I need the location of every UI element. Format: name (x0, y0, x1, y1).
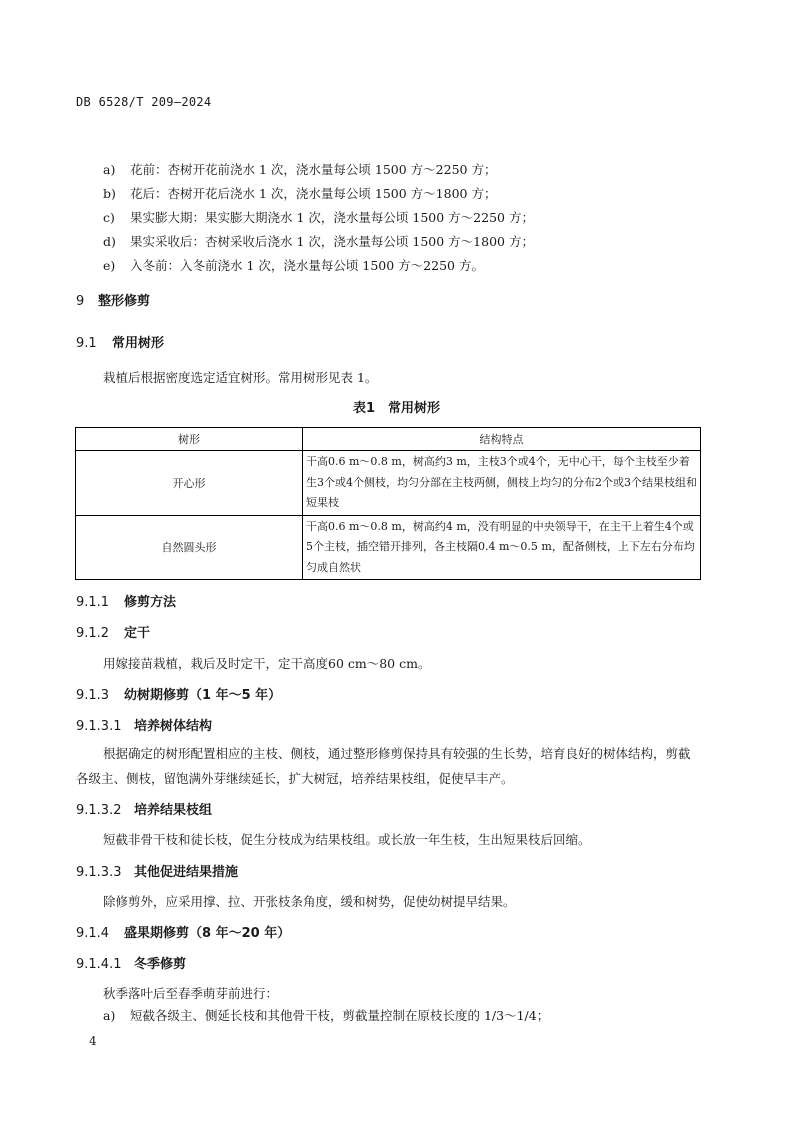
section-number: 9.1.2 (76, 626, 124, 641)
paragraph: 用嫁接苗栽植，栽后及时定干，定干高度60 cm～80 cm。 (103, 654, 430, 672)
list-item: b)花后：杏树开花后浇水 1 次，浇水量每公顷 1500 方～1800 方； (103, 184, 496, 202)
section-number: 9.1 (76, 336, 112, 351)
list-text: 花前：杏树开花前浇水 1 次，浇水量每公顷 1500 方～2250 方； (130, 162, 496, 177)
section-title: 培养树体结构 (134, 719, 212, 734)
list-marker: c) (103, 210, 130, 225)
list-text: 果实膨大期：果实膨大期浇水 1 次，浇水量每公顷 1500 方～2250 方； (130, 210, 534, 225)
section-heading-9-1-3-2: 9.1.3.2培养结果枝组 (76, 799, 212, 818)
list-marker: a) (103, 162, 130, 177)
list-item: d)果实采收后：杏树采收后浇水 1 次，浇水量每公顷 1500 方～1800 方… (103, 232, 534, 250)
list-marker: e) (103, 258, 130, 273)
paragraph: 短截非骨干枝和徒长枝，促生分枝成为结果枝组。或长放一年生枝，生出短果枝后回缩。 (103, 830, 591, 848)
section-heading-9: 9整形修剪 (76, 290, 150, 309)
section-title: 其他促进结果措施 (134, 865, 238, 880)
section-heading-9-1-1: 9.1.1修剪方法 (76, 591, 176, 610)
section-number: 9.1.3.3 (76, 865, 134, 880)
table-caption: 表1 常用树形 (0, 397, 793, 416)
section-heading-9-1-3: 9.1.3幼树期修剪（1 年～5 年） (76, 684, 281, 703)
paragraph: 根据确定的树形配置相应的主枝、侧枝，通过整形修剪保持具有较强的生长势，培育良好的… (76, 741, 700, 791)
list-item: e)入冬前：入冬前浇水 1 次，浇水量每公顷 1500 方～2250 方。 (103, 256, 484, 274)
section-heading-9-1-3-3: 9.1.3.3其他促进结果措施 (76, 861, 238, 880)
section-title: 定干 (124, 626, 150, 641)
section-number: 9.1.3.1 (76, 719, 134, 734)
section-number: 9.1.4.1 (76, 957, 134, 972)
structure-desc-cell: 干高0.6 m～0.8 m，树高约4 m，没有明显的中央领导干，在主干上着生4个… (303, 515, 701, 580)
tree-shape-cell: 自然圆头形 (76, 515, 303, 580)
page-number: 4 (89, 1034, 97, 1048)
list-item: a)短截各级主、侧延长枝和其他骨干枝，剪截量控制在原枝长度的 1/3～1/4； (103, 1006, 549, 1024)
section-number: 9.1.1 (76, 595, 124, 610)
structure-desc-cell: 干高0.6 m～0.8 m，树高约3 m，主枝3个或4个，无中心干，每个主枝至少… (303, 451, 701, 516)
section-title: 整形修剪 (98, 294, 150, 309)
list-item: a)花前：杏树开花前浇水 1 次，浇水量每公顷 1500 方～2250 方； (103, 160, 496, 178)
document-code-header: DB 6528/T 209—2024 (76, 95, 211, 109)
section-title: 培养结果枝组 (134, 803, 212, 818)
section-heading-9-1-4-1: 9.1.4.1冬季修剪 (76, 953, 186, 972)
tree-shape-cell: 开心形 (76, 451, 303, 516)
section-heading-9-1-4: 9.1.4盛果期修剪（8 年～20 年） (76, 922, 290, 941)
section-heading-9-1: 9.1常用树形 (76, 332, 164, 351)
section-title: 盛果期修剪（8 年～20 年） (124, 926, 290, 941)
section-number: 9.1.3.2 (76, 803, 134, 818)
list-text: 果实采收后：杏树采收后浇水 1 次，浇水量每公顷 1500 方～1800 方； (130, 234, 534, 249)
paragraph: 栽植后根据密度选定适宜树形。常用树形见表 1。 (103, 368, 377, 386)
section-title: 冬季修剪 (134, 957, 186, 972)
section-number: 9.1.4 (76, 926, 124, 941)
section-heading-9-1-3-1: 9.1.3.1培养树体结构 (76, 715, 212, 734)
section-title: 常用树形 (112, 336, 164, 351)
list-item: c)果实膨大期：果实膨大期浇水 1 次，浇水量每公顷 1500 方～2250 方… (103, 208, 534, 226)
section-number: 9.1.3 (76, 688, 124, 703)
table-header-row: 树形 结构特点 (76, 428, 701, 451)
table-row: 开心形 干高0.6 m～0.8 m，树高约3 m，主枝3个或4个，无中心干，每个… (76, 451, 701, 516)
list-text: 短截各级主、侧延长枝和其他骨干枝，剪截量控制在原枝长度的 1/3～1/4； (130, 1008, 549, 1023)
paragraph: 秋季落叶后至春季萌芽前进行： (103, 984, 278, 1002)
section-heading-9-1-2: 9.1.2定干 (76, 622, 150, 641)
table-row: 自然圆头形 干高0.6 m～0.8 m，树高约4 m，没有明显的中央领导干，在主… (76, 515, 701, 580)
tree-shape-table: 树形 结构特点 开心形 干高0.6 m～0.8 m，树高约3 m，主枝3个或4个… (75, 427, 701, 580)
column-header: 结构特点 (303, 428, 701, 451)
section-title: 幼树期修剪（1 年～5 年） (124, 688, 281, 703)
list-text: 入冬前：入冬前浇水 1 次，浇水量每公顷 1500 方～2250 方。 (130, 258, 484, 273)
list-text: 花后：杏树开花后浇水 1 次，浇水量每公顷 1500 方～1800 方； (130, 186, 496, 201)
list-marker: d) (103, 234, 130, 249)
paragraph: 除修剪外，应采用撑、拉、开张枝条角度，缓和树势，促使幼树提早结果。 (103, 892, 516, 910)
section-number: 9 (76, 294, 98, 309)
column-header: 树形 (76, 428, 303, 451)
section-title: 修剪方法 (124, 595, 176, 610)
list-marker: b) (103, 186, 130, 201)
list-marker: a) (103, 1008, 130, 1023)
